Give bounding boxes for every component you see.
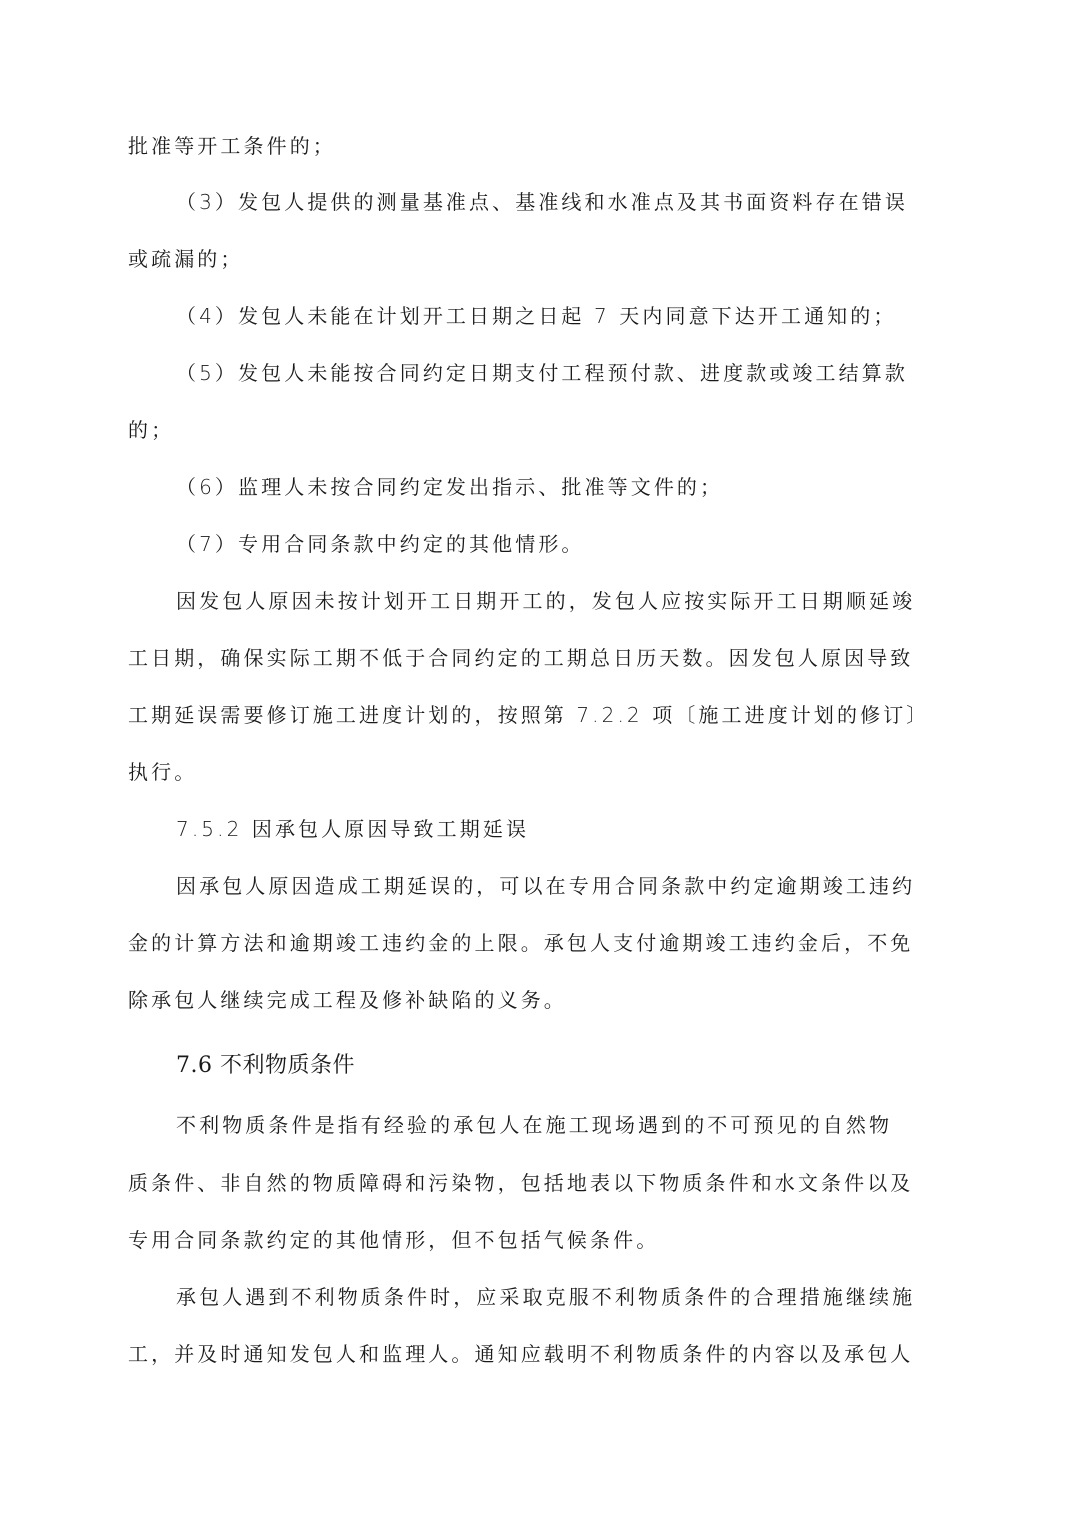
paragraph-line: 承包人遇到不利物质条件时，应采取克服不利物质条件的合理措施继续施	[176, 1282, 996, 1312]
subsection-heading: 7.5.2 因承包人原因导致工期延误	[176, 814, 996, 844]
paragraph-line: 金的计算方法和逾期竣工违约金的上限。承包人支付逾期竣工违约金后，不免	[128, 928, 948, 958]
text-line: 或疏漏的；	[128, 244, 948, 274]
paragraph-line: 工日期，确保实际工期不低于合同约定的工期总日历天数。因发包人原因导致	[128, 643, 948, 673]
paragraph-line: 因发包人原因未按计划开工日期开工的，发包人应按实际开工日期顺延竣	[176, 586, 996, 616]
list-item-6: （6）监理人未按合同约定发出指示、批准等文件的；	[176, 472, 996, 502]
list-item-7: （7）专用合同条款中约定的其他情形。	[176, 529, 996, 559]
text-line: 的；	[128, 415, 948, 445]
list-item-5: （5）发包人未能按合同约定日期支付工程预付款、进度款或竣工结算款	[176, 358, 996, 388]
list-item-3: （3）发包人提供的测量基准点、基准线和水准点及其书面资料存在错误	[176, 187, 996, 217]
paragraph-line: 除承包人继续完成工程及修补缺陷的义务。	[128, 985, 948, 1015]
text-line: 批准等开工条件的；	[128, 131, 948, 161]
paragraph-line: 工，并及时通知发包人和监理人。通知应载明不利物质条件的内容以及承包人	[128, 1339, 948, 1369]
paragraph-line: 不利物质条件是指有经验的承包人在施工现场遇到的不可预见的自然物	[176, 1110, 996, 1140]
paragraph-line: 质条件、非自然的物质障碍和污染物，包括地表以下物质条件和水文条件以及	[128, 1168, 948, 1198]
paragraph-line: 专用合同条款约定的其他情形，但不包括气候条件。	[128, 1225, 948, 1255]
paragraph-line: 执行。	[128, 757, 948, 787]
paragraph-line: 工期延误需要修订施工进度计划的，按照第 7.2.2 项〔施工进度计划的修订〕	[128, 700, 948, 730]
document-page: 批准等开工条件的； （3）发包人提供的测量基准点、基准线和水准点及其书面资料存在…	[0, 0, 1074, 1520]
paragraph-line: 因承包人原因造成工期延误的，可以在专用合同条款中约定逾期竣工违约	[176, 871, 996, 901]
section-heading: 7.6 不利物质条件	[176, 1051, 355, 1081]
list-item-4: （4）发包人未能在计划开工日期之日起 7 天内同意下达开工通知的；	[176, 301, 996, 331]
